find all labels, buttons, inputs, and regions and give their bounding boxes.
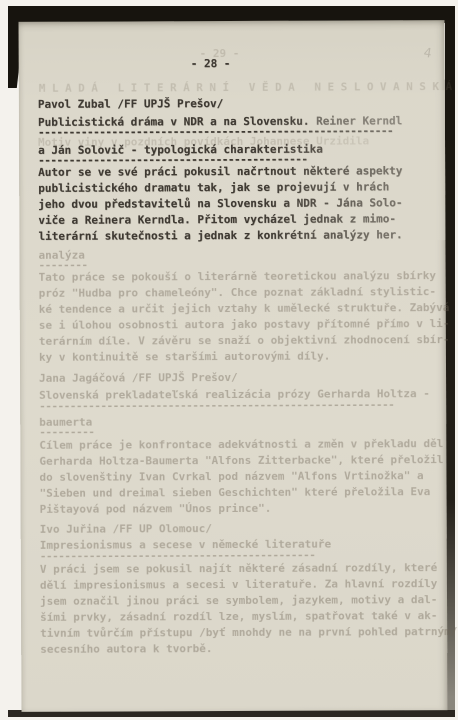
ghost-abstract-line: se i úlohou osobnosti autora jako postav…: [39, 317, 450, 333]
ghost-abstract-line: Gerharda Holtza-Baumerta "Alfons Zitterb…: [39, 453, 443, 469]
entry-abstract-line: publicistického dramatu tak, jak se proj…: [38, 180, 389, 196]
ghost-abstract-line: tivním tvůrčím přístupu /byť mnohdy ne n…: [40, 625, 457, 641]
ghost-abstract-line: terárním díle. V závěru se snaží o objek…: [39, 333, 450, 349]
ghost-abstract-line: Cílem práce je konfrontace adekvátnosti …: [39, 437, 443, 453]
ghost-abstract-line: Tato práce se pokouší o literárně teoret…: [39, 269, 436, 285]
entry-abstract-line: jeho dvou představitelů na Slovensku a N…: [38, 196, 402, 212]
ghost-abstract-line: do slovenštiny Ivan Cvrkal pod názvem "A…: [39, 469, 423, 485]
entry-author: Pavol Zubal /FF UPJŠ Prešov/: [38, 97, 223, 112]
entry-abstract-line: literární skutečnosti a jednak z konkrét…: [38, 228, 402, 244]
ghost-abstract-line: V práci jsem se pokusil najít některé zá…: [40, 561, 437, 577]
ghost-abstract-line: próz "Hudba pro chameleóny". Chce poznat…: [39, 285, 436, 301]
scanned-page: - 29 - - 28 - 4 MLADÁ LITERÁRNÍ VĚDA NES…: [18, 20, 447, 712]
ghost-abstract-line: ky v kontinuitě se staršími autorovými d…: [39, 350, 330, 365]
ghost-abstract-line: secesního autora k tvorbě.: [40, 642, 212, 657]
ghost-abstract-line: dělí impresionismus a secesi v literatuř…: [40, 577, 437, 593]
entry-abstract-line: Autor se ve své práci pokusil načrtnout …: [38, 164, 402, 180]
ghost-abstract-line: šími prvky, zásadní rozdíl lze, myslím, …: [40, 609, 437, 625]
ghost-entry-author: Ivo Juřina /FF UP Olomouc/: [40, 522, 212, 537]
ghost-abstract-line: "Sieben und dreimal sieben Geschichten" …: [40, 485, 431, 501]
ghost-abstract-line: jsem označil jinou práci se symbolem, ja…: [40, 593, 437, 609]
entry-abstract-line: viče a Reinera Kerndla. Přitom vycházel …: [38, 212, 396, 228]
ghost-series-header: MLADÁ LITERÁRNÍ VĚDA NESLOVANSKÁ: [39, 80, 458, 96]
ghost-entry-author: Jana Jagáčová /FF UPJŠ Prešov/: [39, 371, 238, 386]
ghost-entry-title-underline: ----------------------------------------…: [39, 398, 394, 414]
ghost-abstract-line: ké tendence a určit jejich vztahy k uměl…: [39, 301, 450, 317]
page-number: - 28 -: [191, 57, 231, 71]
pencil-mark: 4: [423, 46, 433, 62]
ghost-abstract-line: Pištayová pod názvem "Únos prince".: [40, 502, 272, 517]
